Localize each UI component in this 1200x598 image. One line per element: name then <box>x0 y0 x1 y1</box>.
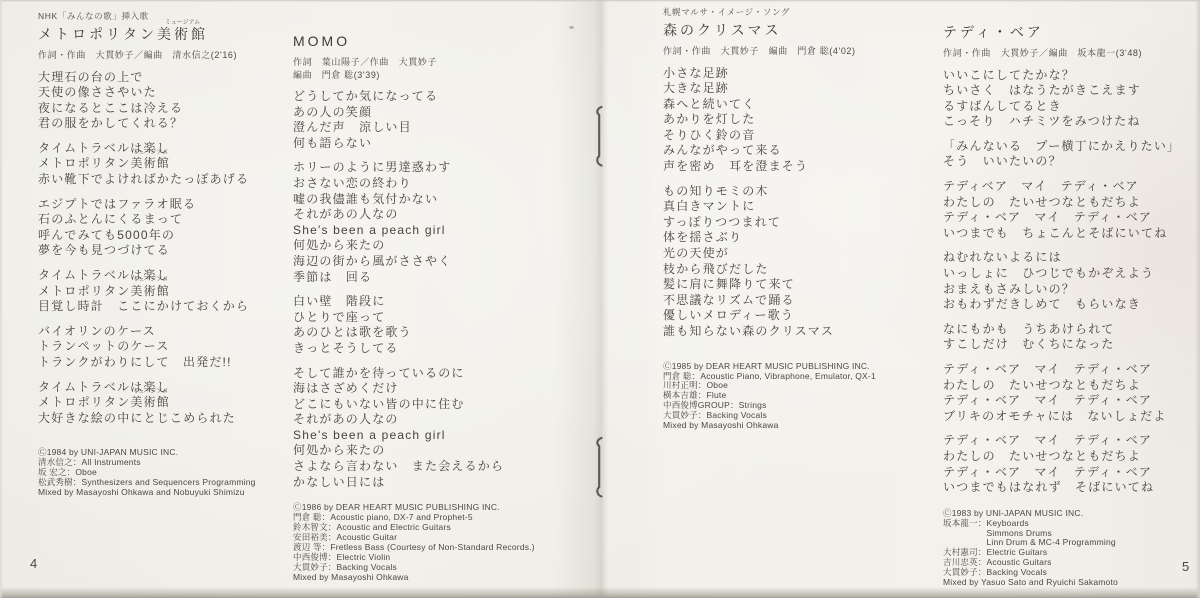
song-column-mori-no-christmas: 札幌マルサ・イメージ・ソング 森のクリスマス 作詞・作曲 大貫妙子 編曲 門倉 … <box>663 6 937 431</box>
lyric-line: テディ・ベア マイ テディ・ベア <box>943 465 1199 481</box>
stanza: テディ・ベア マイ テディ・ベアわたしの たいせつなともだちよテディ・ベア マイ… <box>943 433 1199 495</box>
lyric-line: 海はさざめくだけ <box>293 381 571 397</box>
song-credits: 作詞・作曲 大貫妙子／編曲 清水信之(2'16) <box>38 49 294 62</box>
stanza: なにもかも うちあけられてすこしだけ むくちになった <box>943 322 1199 353</box>
stanza: 大理石の台の上で天使の像ささやいた夜になるとここは冷える君の服をかしてくれる？ <box>38 70 294 132</box>
lyric-line: すこしだけ むくちになった <box>943 337 1199 353</box>
page-left-edge <box>0 0 3 598</box>
song-lyrics: 小さな足跡大きな足跡森へと続いてくあかりを灯したそりひく鈴の音みんながやって来る… <box>663 66 937 340</box>
song-credits: 作詞 葉山陽子／作曲 大貫妙子編曲 門倉 聡(3'39) <box>293 56 571 81</box>
lyric-line: それがあの人なの <box>293 207 571 223</box>
lyric-line: おまえもさみしいの？ <box>943 282 1199 298</box>
lyric-line: 森へと続いてく <box>663 97 937 113</box>
lyric-line: ホリーのように男達惑わす <box>293 160 571 176</box>
lyric-line: すっぽりつつまれて <box>663 215 937 231</box>
lyric-line: 何も語らない <box>293 136 571 152</box>
lyric-line: 天使の像ささやいた <box>38 85 294 101</box>
lyric-line: ひとりで座って <box>293 310 571 326</box>
lyric-line: いつまでも ちょこんとそばにいてね <box>943 226 1199 242</box>
song-column-metropolitan-museum: NHK「みんなの歌」挿入歌 メトロポリタン美術館ミュージアム 作詞・作曲 大貫妙… <box>38 10 294 498</box>
lyric-line: エジプトではファラオ眠る <box>38 197 294 213</box>
stanza: 「みんないる プー横丁にかえりたい」そう いいたいの？ <box>943 139 1199 170</box>
footer-line: Ⓒ1985 by DEAR HEART MUSIC PUBLISHING INC… <box>663 362 937 372</box>
lyric-line: もの知りモミの木 <box>663 184 937 200</box>
footer-line: Mixed by Masayoshi Ohkawa and Nobuyuki S… <box>38 488 294 498</box>
song-footer-credits: Ⓒ1984 by UNI-JAPAN MUSIC INC.清水信之：All In… <box>38 448 294 498</box>
stanza: テディ・ベア マイ テディ・ベアわたしの たいせつなともだちよテディ・ベア マイ… <box>943 362 1199 424</box>
lyric-line: メトロポリタン美術館ミュージアム <box>38 395 294 411</box>
stanza: 白い壁 階段にひとりで座ってあのひとは歌を歌うきっとそうしてる <box>293 294 571 356</box>
lyric-line: ちいさく はなうたがきこえます <box>943 83 1199 99</box>
lyric-line: どこにもいない皆の中に住む <box>293 397 571 413</box>
staple-top <box>594 105 604 167</box>
lyric-line: 白い壁 階段に <box>293 294 571 310</box>
stanza: もの知りモミの木真白きマントにすっぽりつつまれて体を揺さぶり光の天使が枝から飛び… <box>663 184 937 340</box>
credit-line: 作詞・作曲 大貫妙子／編曲 坂本龍一(3'48) <box>943 47 1199 60</box>
song-footer-credits: Ⓒ1983 by UNI-JAPAN MUSIC INC.坂本龍一：Keyboa… <box>943 509 1199 588</box>
lyric-line: 不思議なリズムで踊る <box>663 293 937 309</box>
lyric-line: さよなら言わない また会えるから <box>293 459 571 475</box>
song-title: 森のクリスマス <box>663 22 937 39</box>
lyric-line: いつまでもはなれず そばにいてね <box>943 480 1199 496</box>
lyric-line: いいこにしてたかな？ <box>943 68 1199 84</box>
song-lyrics: 大理石の台の上で天使の像ささやいた夜になるとここは冷える君の服をかしてくれる？タ… <box>38 70 294 427</box>
song-title: メトロポリタン美術館ミュージアム <box>38 26 294 43</box>
lyric-line: 海辺の街から風がささやく <box>293 254 571 270</box>
lyric-line: 嘘の我儘誰も気付かない <box>293 192 571 208</box>
lyric-line: そりひく鈴の音 <box>663 128 937 144</box>
song-column-momo: MOMO 作詞 葉山陽子／作曲 大貫妙子編曲 門倉 聡(3'39) どうしてか気… <box>293 33 571 583</box>
page-number-left: 4 <box>30 556 37 571</box>
stanza: テディベア マイ テディ・ベアわたしの たいせつなともだちよテディ・ベア マイ … <box>943 179 1199 241</box>
lyric-line: 髪に肩に舞降りて来て <box>663 277 937 293</box>
lyric-line: 誰も知らない森のクリスマス <box>663 324 937 340</box>
lyric-line: 真白きマントに <box>663 199 937 215</box>
credit-line: 作詞 葉山陽子／作曲 大貫妙子 <box>293 56 571 69</box>
lyric-line: あかりを灯した <box>663 112 937 128</box>
footer-line: Mixed by Masayoshi Ohkawa <box>663 421 937 431</box>
lyric-line: いっしょに ひつじでもかぞえよう <box>943 266 1199 282</box>
lyric-line: 体を揺さぶり <box>663 230 937 246</box>
lyric-line: トランクがわりにして 出発だ!! <box>38 355 294 371</box>
lyric-line: わたしの たいせつなともだちよ <box>943 195 1199 211</box>
stanza: そして誰かを待っているのに海はさざめくだけどこにもいない皆の中に住むそれがあの人… <box>293 366 571 491</box>
lyric-line: きっとそうしてる <box>293 341 571 357</box>
song-lyrics: どうしてか気になってるあの人の笑顔澄んだ声 涼しい目何も語らないホリーのように男… <box>293 89 571 490</box>
ink-speck <box>569 26 574 29</box>
lyric-line: テディベア マイ テディ・ベア <box>943 179 1199 195</box>
stanza: タイムトラベルは楽しメトロポリタン美術館ミュージアム大好きな絵の中にとじこめられ… <box>38 380 294 427</box>
lyric-line: 何処から来たの <box>293 443 571 459</box>
staple-bottom <box>594 436 604 498</box>
song-title: MOMO <box>293 33 571 50</box>
lyric-line: She's been a peach girl <box>293 428 571 444</box>
lyric-line: メトロポリタン美術館ミュージアム <box>38 284 294 300</box>
lyric-line: 夜になるとここは冷える <box>38 101 294 117</box>
lyric-line: テディ・ベア マイ テディ・ベア <box>943 433 1199 449</box>
lyric-line: バイオリンのケース <box>38 324 294 340</box>
lyric-line: ブリキのオモチャには ないしょだよ <box>943 409 1199 425</box>
credit-line: 編曲 門倉 聡(3'39) <box>293 69 571 82</box>
stanza: タイムトラベルは楽しメトロポリタン美術館ミュージアム目覚し時計 ここにかけておく… <box>38 268 294 315</box>
lyric-line: それがあの人なの <box>293 412 571 428</box>
footer-line: Mixed by Masayoshi Ohkawa <box>293 573 571 583</box>
lyric-line: 光の天使が <box>663 246 937 262</box>
credit-line: 作詞・作曲 大貫妙子 編曲 門倉 聡(4'02) <box>663 45 937 58</box>
lyric-line: こっそり ハチミツをみつけたね <box>943 114 1199 130</box>
lyric-line: かなしい日には <box>293 475 571 491</box>
lyric-line: 季節は 回る <box>293 270 571 286</box>
lyric-line: 大好きな絵の中にとじこめられた <box>38 411 294 427</box>
lyric-line: おさない恋の終わり <box>293 176 571 192</box>
lyric-line: 「みんないる プー横丁にかえりたい」 <box>943 139 1199 155</box>
lyric-line: 澄んだ声 涼しい目 <box>293 120 571 136</box>
lyric-line: 大きな足跡 <box>663 81 937 97</box>
lyric-line: わたしの たいせつなともだちよ <box>943 449 1199 465</box>
song-credits: 作詞・作曲 大貫妙子／編曲 坂本龍一(3'48) <box>943 47 1199 60</box>
stanza: ホリーのように男達惑わすおさない恋の終わり嘘の我儘誰も気付かないそれがあの人なの… <box>293 160 571 285</box>
lyric-line: ねむれないよるには <box>943 250 1199 266</box>
lyric-line: そして誰かを待っているのに <box>293 366 571 382</box>
stanza: バイオリンのケーストランペットのケーストランクがわりにして 出発だ!! <box>38 324 294 371</box>
lyric-line: メトロポリタン美術館ミュージアム <box>38 156 294 172</box>
stanza: エジプトではファラオ眠る石のふとんにくるまって呼んでみても5000年の夢を今も見… <box>38 197 294 259</box>
lyric-line: みんながやって来る <box>663 143 937 159</box>
booklet-spread: NHK「みんなの歌」挿入歌 メトロポリタン美術館ミュージアム 作詞・作曲 大貫妙… <box>0 0 1200 598</box>
lyric-line: わたしの たいせつなともだちよ <box>943 378 1199 394</box>
song-column-teddy-bear: テディ・ベア 作詞・作曲 大貫妙子／編曲 坂本龍一(3'48) いいこにしてたか… <box>943 24 1199 588</box>
song-title: テディ・ベア <box>943 24 1199 41</box>
lyric-line: 君の服をかしてくれる？ <box>38 116 294 132</box>
lyric-line: あのひとは歌を歌う <box>293 325 571 341</box>
lyric-line: どうしてか気になってる <box>293 89 571 105</box>
lyric-line: なにもかも うちあけられて <box>943 322 1199 338</box>
song-lyrics: いいこにしてたかな？ちいさく はなうたがきこえまするすばんしてるときこっそり ハ… <box>943 68 1199 496</box>
song-credits: 作詞・作曲 大貫妙子 編曲 門倉 聡(4'02) <box>663 45 937 58</box>
stanza: 小さな足跡大きな足跡森へと続いてくあかりを灯したそりひく鈴の音みんながやって来る… <box>663 66 937 175</box>
lyric-line: She's been a peach girl <box>293 223 571 239</box>
stanza: どうしてか気になってるあの人の笑顔澄んだ声 涼しい目何も語らない <box>293 89 571 151</box>
lyric-line: 小さな足跡 <box>663 66 937 82</box>
lyric-line: テディ・ベア マイ テディ・ベア <box>943 362 1199 378</box>
lyric-line: 夢を今も見つづけてる <box>38 243 294 259</box>
lyric-line: テディ・ベア マイ テディ・ベア <box>943 393 1199 409</box>
lyric-line: 石のふとんにくるまって <box>38 212 294 228</box>
page-bottom-edge <box>0 587 1200 598</box>
lyric-line: そう いいたいの？ <box>943 154 1199 170</box>
page-right-edge <box>1195 0 1200 598</box>
lyric-line: 目覚し時計 ここにかけておくから <box>38 299 294 315</box>
lyric-line: 声を密め 耳を澄まそう <box>663 159 937 175</box>
lyric-line: トランペットのケース <box>38 339 294 355</box>
stanza: タイムトラベルは楽しメトロポリタン美術館ミュージアム赤い靴下でよければかたっぽあ… <box>38 141 294 188</box>
stanza: いいこにしてたかな？ちいさく はなうたがきこえまするすばんしてるときこっそり ハ… <box>943 68 1199 130</box>
lyric-line: あの人の笑顔 <box>293 105 571 121</box>
lyric-line: 呼んでみても5000年の <box>38 228 294 244</box>
stanza: ねむれないよるにはいっしょに ひつじでもかぞえようおまえもさみしいの？おもわずだ… <box>943 250 1199 312</box>
lyric-line: テディ・ベア マイ テディ・ベア <box>943 210 1199 226</box>
song-footer-credits: Ⓒ1985 by DEAR HEART MUSIC PUBLISHING INC… <box>663 362 937 431</box>
lyric-line: 枝から飛びだした <box>663 262 937 278</box>
lyric-line: 大理石の台の上で <box>38 70 294 86</box>
lyric-line: 優しいメロディー歌う <box>663 308 937 324</box>
song-footer-credits: Ⓒ1986 by DEAR HEART MUSIC PUBLISHING INC… <box>293 503 571 582</box>
lyric-line: 何処から来たの <box>293 238 571 254</box>
lyric-line: 赤い靴下でよければかたっぽあげる <box>38 172 294 188</box>
page-top-edge <box>0 0 1200 2</box>
lyric-line: るすばんしてるとき <box>943 99 1199 115</box>
page-number-right: 5 <box>1182 559 1189 574</box>
credit-line: 作詞・作曲 大貫妙子／編曲 清水信之(2'16) <box>38 49 294 62</box>
lyric-line: おもわずだきしめて もらいなき <box>943 297 1199 313</box>
song-tagline: 札幌マルサ・イメージ・ソング <box>663 6 937 18</box>
